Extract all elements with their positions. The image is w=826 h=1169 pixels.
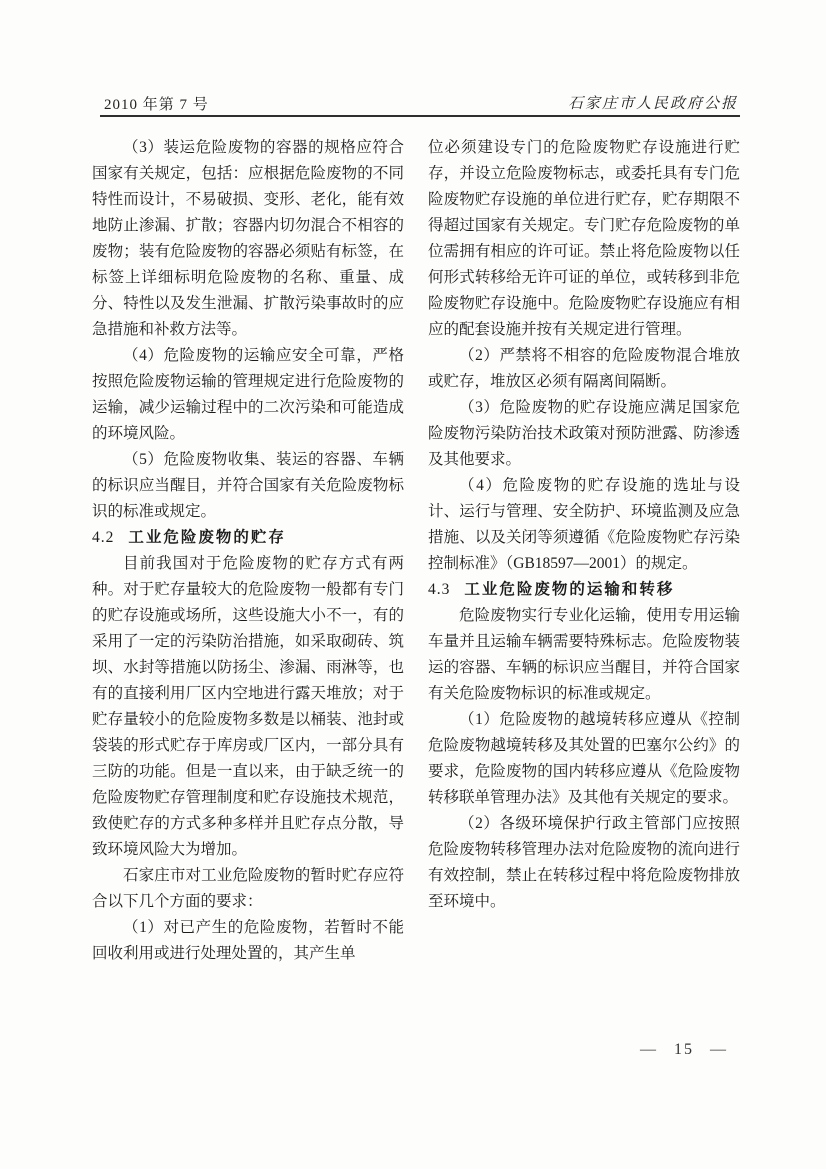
header-issue-label: 2010 年第 7 号: [104, 93, 209, 114]
body-paragraph: （3）危险废物的贮存设施应满足国家危险废物污染防治技术政策对预防泄露、防渗透及其…: [428, 395, 740, 473]
body-paragraph: （2）各级环境保护行政主管部门应按照危险废物转移管理办法对危险废物的流向进行有效…: [428, 811, 740, 915]
bulletin-page: 2010 年第 7 号 石家庄市人民政府公报 （3）装运危险废物的容器的规格应符…: [0, 0, 826, 1169]
body-paragraph: （4）危险废物的贮存设施的选址与设计、运行与管理、安全防护、环境监测及应急措施、…: [428, 473, 740, 577]
body-paragraph: （1）对已产生的危险废物，若暂时不能回收利用或进行处理处置的，其产生单: [92, 915, 404, 967]
header-publication-title: 石家庄市人民政府公报: [568, 92, 738, 113]
section-number: 4.3: [428, 581, 450, 598]
body-paragraph: 石家庄市对工业危险废物的暂时贮存应符合以下几个方面的要求：: [92, 863, 404, 915]
body-paragraph: 目前我国对于危险废物的贮存方式有两种。对于贮存量较大的危险废物一般都有专门的贮存…: [92, 551, 404, 863]
text-column-left: （3）装运危险废物的容器的规格应符合国家有关规定，包括：应根据危险废物的不同特性…: [92, 135, 404, 1050]
body-paragraph: （4）危险废物的运输应安全可靠，严格按照危险废物运输的管理规定进行危险废物的运输…: [92, 343, 404, 447]
header-divider-rule: [100, 115, 740, 117]
body-paragraph: （3）装运危险废物的容器的规格应符合国家有关规定，包括：应根据危险废物的不同特性…: [92, 135, 404, 343]
body-paragraph: （5）危险废物收集、装运的容器、车辆的标识应当醒目，并符合国家有关危险废物标识的…: [92, 447, 404, 525]
section-title: 工业危险废物的运输和转移: [464, 581, 674, 598]
body-paragraph: 危险废物实行专业化运输，使用专用运输车量并且运输车辆需要特殊标志。危险废物装运的…: [428, 603, 740, 707]
page-number: — 15 —: [628, 1041, 740, 1059]
section-heading: 4.2工业危险废物的贮存: [92, 525, 404, 551]
section-number: 4.2: [92, 529, 114, 546]
text-column-right: 位必须建设专门的危险废物贮存设施进行贮存，并设立危险废物标志，或委托具有专门危险…: [428, 135, 740, 1050]
body-paragraph: 位必须建设专门的危险废物贮存设施进行贮存，并设立危险废物标志，或委托具有专门危险…: [428, 135, 740, 343]
section-title: 工业危险废物的贮存: [128, 529, 286, 546]
body-paragraph: （2）严禁将不相容的危险废物混合堆放或贮存，堆放区必须有隔离间隔断。: [428, 343, 740, 395]
body-paragraph: （1）危险废物的越境转移应遵从《控制危险废物越境转移及其处置的巴塞尔公约》的要求…: [428, 707, 740, 811]
section-heading: 4.3工业危险废物的运输和转移: [428, 577, 740, 603]
